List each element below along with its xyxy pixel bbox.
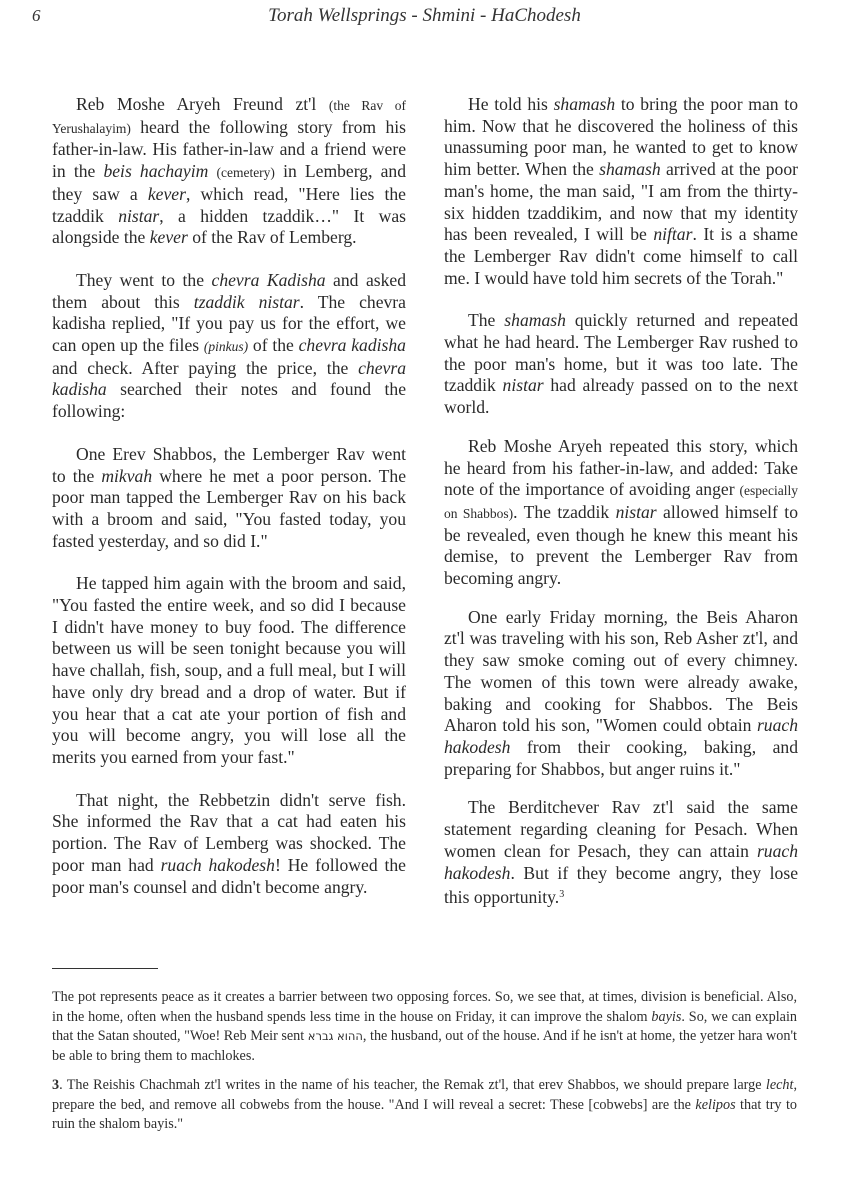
left-column: Reb Moshe Aryeh Freund zt'l (the Rav of …	[52, 94, 406, 919]
footnotes: The pot represents peace as it creates a…	[52, 988, 797, 1145]
paragraph-broom: He tapped him again with the broom and s…	[52, 573, 406, 768]
paragraph-avoiding-anger: Reb Moshe Aryeh repeated this story, whi…	[444, 436, 798, 590]
paragraph-rebbetzin: That night, the Rebbetzin didn't serve f…	[52, 790, 406, 899]
paragraph-shamash: He told his shamash to bring the poor ma…	[444, 94, 798, 289]
footnote-reference[interactable]: 3	[559, 889, 564, 900]
right-column: He told his shamash to bring the poor ma…	[444, 94, 798, 930]
footnote-continued: The pot represents peace as it creates a…	[52, 988, 797, 1066]
paragraph-too-late: The shamash quickly returned and repeate…	[444, 310, 798, 419]
paragraph-chevra-kadisha: They went to the chevra Kadisha and aske…	[52, 270, 406, 423]
paragraph-erev-shabbos: One Erev Shabbos, the Lemberger Rav went…	[52, 444, 406, 553]
running-title: Torah Wellsprings - Shmini - HaChodesh	[0, 5, 849, 27]
paragraph-beis-aharon: One early Friday morning, the Beis Aharo…	[444, 607, 798, 781]
paragraph-berditchever: The Berditchever Rav zt'l said the same …	[444, 797, 798, 909]
footnote-3: 3. The Reishis Chachmah zt'l writes in t…	[52, 1076, 797, 1135]
paragraph-freund-story: Reb Moshe Aryeh Freund zt'l (the Rav of …	[52, 94, 406, 249]
footnote-separator	[52, 968, 158, 969]
